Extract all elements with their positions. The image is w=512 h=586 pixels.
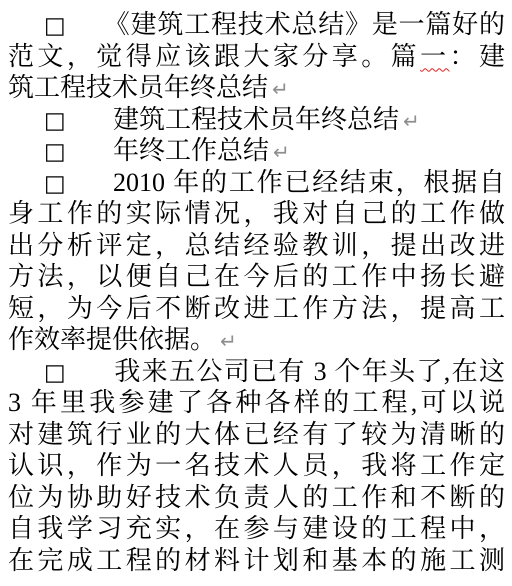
tab-space [63, 32, 103, 33]
tab-space [63, 379, 113, 380]
text-run: 短，为今后不断改进工作方法，提高工 [8, 294, 505, 323]
text-run: 对建筑行业的大体已经有了较为清晰的 [8, 420, 505, 449]
tab-space [63, 158, 113, 159]
text-run: ：建 [450, 42, 505, 71]
text-line: 在完成工程的材料计划和基本的施工测 [8, 545, 505, 577]
text-run: 认识，作为一名技术人员，我将工作定 [8, 451, 505, 480]
text-line: □《建筑工程技术总结》是一篇好的 [8, 9, 505, 41]
text-line: 短，为今后不断改进工作方法，提高工 [8, 293, 505, 325]
paragraph: □我来五公司已有 3 个年头了,在这3 年里我参建了各种各样的工程,可以说对建筑… [8, 356, 505, 577]
text-run: 年终工作总结 [113, 136, 269, 165]
text-line: 身工作的实际情况，我对自己的工作做 [8, 198, 505, 230]
text-line: 方法，以便自己在今后的工作中扬长避 [8, 261, 505, 293]
text-line: 认识，作为一名技术人员，我将工作定 [8, 450, 505, 482]
text-run: 建筑工程技术员年终总结 [113, 105, 399, 134]
text-line: □我来五公司已有 3 个年头了,在这 [8, 356, 505, 388]
text-run: 位为协助好技术负责人的工作和不断的 [8, 483, 505, 512]
paragraph: □《建筑工程技术总结》是一篇好的范文，觉得应该跟大家分享。篇一：建筑工程技术员年… [8, 9, 505, 104]
text-line: □年终工作总结↵ [8, 135, 505, 167]
paragraph-return-mark-icon: ↵ [273, 140, 290, 164]
paragraph: □2010 年的工作已经结束，根据自身工作的实际情况，我对自己的工作做出分析评定… [8, 167, 505, 356]
text-line: 位为协助好技术负责人的工作和不断的 [8, 482, 505, 514]
paragraph: □年终工作总结↵ [8, 135, 505, 167]
text-run: 在完成工程的材料计划和基本的施工测 [8, 546, 505, 575]
missing-glyph-marker: □ [44, 358, 63, 390]
text-run: 出分析评定，总结经验教训，提出改进 [8, 231, 505, 260]
text-line: 3 年里我参建了各种各样的工程,可以说 [8, 387, 505, 419]
text-line: 范文，觉得应该跟大家分享。篇一：建 [8, 41, 505, 73]
missing-glyph-marker: □ [44, 169, 63, 201]
tab-space [63, 127, 113, 128]
paragraph-return-mark-icon: ↵ [403, 109, 420, 133]
text-run: 我来五公司已有 3 个年头了,在这 [113, 357, 505, 386]
text-run: 筑工程技术员年终总结 [8, 73, 268, 102]
text-run: 3 年里我参建了各种各样的工程,可以说 [8, 388, 505, 417]
text-line: 作效率提供依据。↵ [8, 324, 505, 356]
paragraph-return-mark-icon: ↵ [272, 77, 289, 101]
missing-glyph-marker: □ [44, 137, 63, 169]
text-run: 方法，以便自己在今后的工作中扬长避 [8, 262, 505, 291]
text-run: 《建筑工程技术总结》是一篇好的 [103, 10, 505, 39]
text-run: 2010 年的工作已经结束，根据自 [113, 168, 505, 197]
tab-space [63, 190, 113, 191]
text-line: 对建筑行业的大体已经有了较为清晰的 [8, 419, 505, 451]
paragraph: □建筑工程技术员年终总结↵ [8, 104, 505, 136]
text-line: 筑工程技术员年终总结↵ [8, 72, 505, 104]
text-line: □建筑工程技术员年终总结↵ [8, 104, 505, 136]
document-text-area[interactable]: □《建筑工程技术总结》是一篇好的范文，觉得应该跟大家分享。篇一：建筑工程技术员年… [0, 0, 512, 586]
spellcheck-flagged-text: 一 [420, 42, 449, 71]
text-run: 自我学习充实，在参与建设的工程中， [8, 514, 505, 543]
missing-glyph-marker: □ [44, 106, 63, 138]
text-run: 范文，觉得应该跟大家分享。篇 [8, 42, 420, 71]
paragraph-return-mark-icon: ↵ [220, 329, 237, 353]
text-line: □2010 年的工作已经结束，根据自 [8, 167, 505, 199]
text-run: 作效率提供依据。 [8, 325, 216, 354]
text-line: 自我学习充实，在参与建设的工程中， [8, 513, 505, 545]
text-run: 身工作的实际情况，我对自己的工作做 [8, 199, 505, 228]
text-line: 出分析评定，总结经验教训，提出改进 [8, 230, 505, 262]
missing-glyph-marker: □ [44, 11, 63, 43]
